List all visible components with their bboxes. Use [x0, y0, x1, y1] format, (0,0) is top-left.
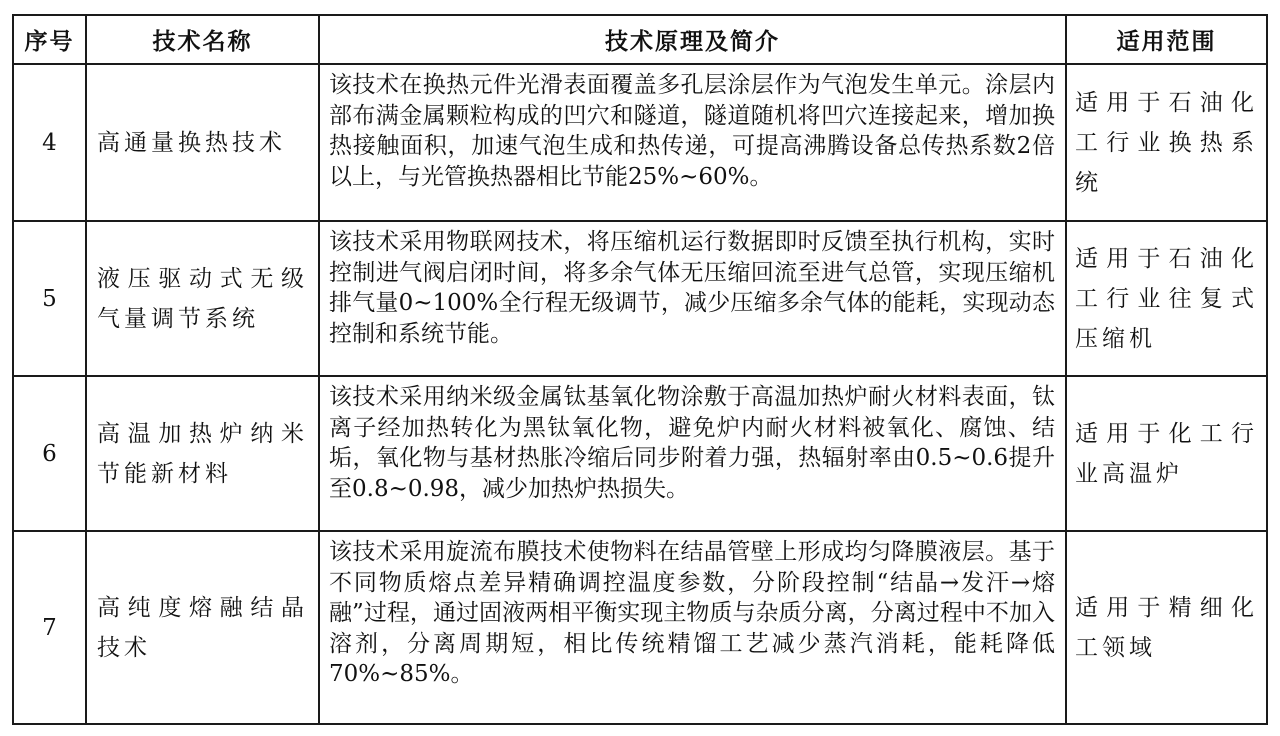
principle-cell: 该技术采用旋流布膜技术使物料在结晶管壁上形成均匀降膜液层。基于不同物质熔点差异精… [319, 531, 1066, 724]
table-row: 4 高通量换热技术 该技术在换热元件光滑表面覆盖多孔层涂层作为气泡发生单元。涂层… [13, 64, 1267, 221]
table-row: 5 液压驱动式无级气量调节系统 该技术采用物联网技术，将压缩机运行数据即时反馈至… [13, 221, 1267, 376]
row-no-cell: 7 [13, 531, 86, 724]
scope-cell: 适用于石油化工行业换热系统 [1066, 64, 1267, 221]
header-scope: 适用范围 [1066, 15, 1267, 64]
scope-cell: 适用于化工行业高温炉 [1066, 376, 1267, 531]
tech-name-cell: 高纯度熔融结晶技术 [86, 531, 319, 724]
header-tech-name: 技术名称 [86, 15, 319, 64]
header-no: 序号 [13, 15, 86, 64]
tech-name-cell: 高温加热炉纳米节能新材料 [86, 376, 319, 531]
principle-cell: 该技术采用物联网技术，将压缩机运行数据即时反馈至执行机构，实时控制进气阀启闭时间… [319, 221, 1066, 376]
technology-table: 序号 技术名称 技术原理及简介 适用范围 4 高通量换热技术 该技术在换热元件光… [12, 14, 1268, 725]
scope-cell: 适用于石油化工行业往复式压缩机 [1066, 221, 1267, 376]
row-no-cell: 6 [13, 376, 86, 531]
header-principle: 技术原理及简介 [319, 15, 1066, 64]
row-no-cell: 5 [13, 221, 86, 376]
row-no-cell: 4 [13, 64, 86, 221]
table-header-row: 序号 技术名称 技术原理及简介 适用范围 [13, 15, 1267, 64]
tech-name-cell: 高通量换热技术 [86, 64, 319, 221]
tech-name-cell: 液压驱动式无级气量调节系统 [86, 221, 319, 376]
principle-cell: 该技术在换热元件光滑表面覆盖多孔层涂层作为气泡发生单元。涂层内部布满金属颗粒构成… [319, 64, 1066, 221]
scope-cell: 适用于精细化工领域 [1066, 531, 1267, 724]
principle-cell: 该技术采用纳米级金属钛基氧化物涂敷于高温加热炉耐火材料表面，钛离子经加热转化为黑… [319, 376, 1066, 531]
table-row: 6 高温加热炉纳米节能新材料 该技术采用纳米级金属钛基氧化物涂敷于高温加热炉耐火… [13, 376, 1267, 531]
document-page: 序号 技术名称 技术原理及简介 适用范围 4 高通量换热技术 该技术在换热元件光… [0, 0, 1280, 736]
table-row: 7 高纯度熔融结晶技术 该技术采用旋流布膜技术使物料在结晶管壁上形成均匀降膜液层… [13, 531, 1267, 724]
